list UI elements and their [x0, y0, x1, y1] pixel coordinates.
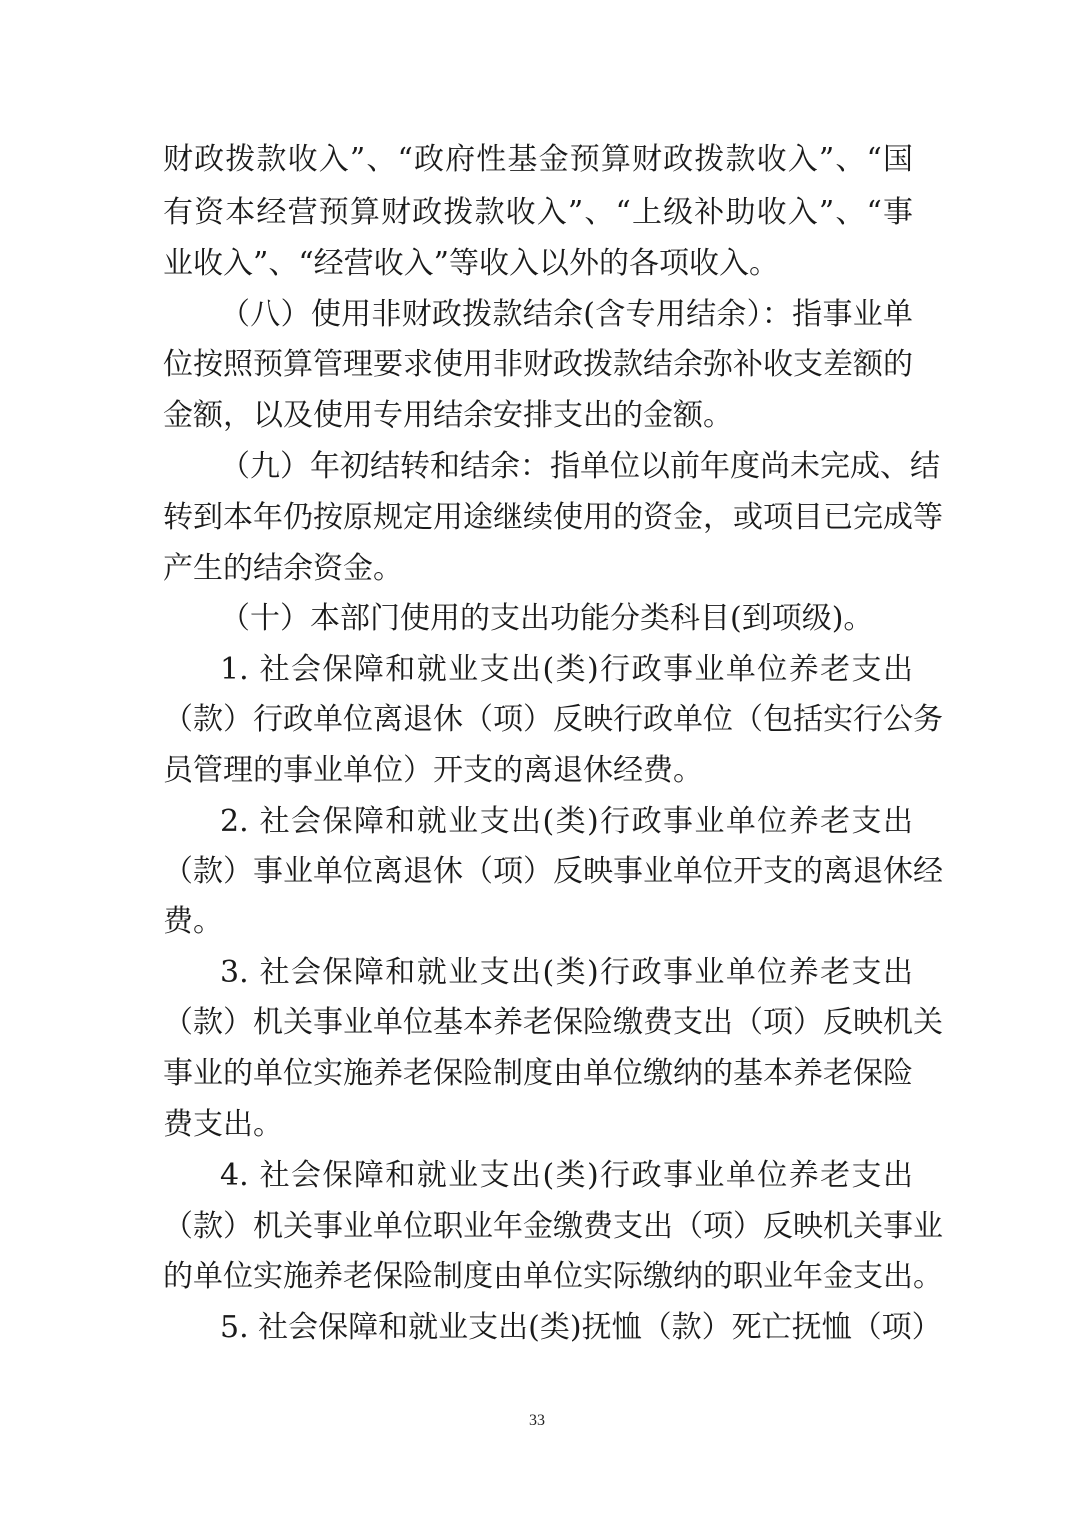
list-item-2: 2. 社会保障和就业支出(类)行政事业单位养老支出: [220, 802, 913, 842]
text-line: 有资本经营预算财政拨款收入”、“上级补助收入”、“事: [163, 193, 913, 233]
text-line: （款）事业单位离退休（项）反映事业单位开支的离退休经: [163, 852, 913, 892]
list-item-3: 3. 社会保障和就业支出(类)行政事业单位养老支出: [220, 953, 913, 993]
text-line: 金额，以及使用专用结余安排支出的金额。: [163, 396, 913, 436]
section-heading-9: （九）年初结转和结余：指单位以前年度尚未完成、结: [220, 447, 913, 487]
text-line: 费。: [163, 902, 913, 942]
page-number: 33: [0, 1412, 1074, 1430]
text-line: （款）机关事业单位职业年金缴费支出（项）反映机关事业: [163, 1207, 913, 1247]
list-item-4: 4. 社会保障和就业支出(类)行政事业单位养老支出: [220, 1156, 913, 1196]
text-line: 转到本年仍按原规定用途继续使用的资金，或项目已完成等: [163, 498, 913, 538]
text-line: 事业的单位实施养老保险制度由单位缴纳的基本养老保险: [163, 1054, 913, 1094]
text-line: 财政拨款收入”、“政府性基金预算财政拨款收入”、“国: [163, 140, 913, 180]
text-line: 业收入”、“经营收入”等收入以外的各项收入。: [163, 244, 913, 284]
list-item-1: 1. 社会保障和就业支出(类)行政事业单位养老支出: [220, 650, 913, 690]
document-page: 财政拨款收入”、“政府性基金预算财政拨款收入”、“国 有资本经营预算财政拨款收入…: [0, 0, 1074, 1520]
text-line: 员管理的事业单位）开支的离退休经费。: [163, 751, 913, 791]
section-heading-8: （八）使用非财政拨款结余(含专用结余）：指事业单: [220, 295, 913, 335]
text-line: （款）行政单位离退休（项）反映行政单位（包括实行公务: [163, 700, 913, 740]
section-heading-10: （十）本部门使用的支出功能分类科目(到项级)。: [220, 599, 913, 639]
text-line: 的单位实施养老保险制度由单位实际缴纳的职业年金支出。: [163, 1257, 913, 1297]
text-line: 位按照预算管理要求使用非财政拨款结余弥补收支差额的: [163, 345, 913, 385]
text-line: （款）机关事业单位基本养老保险缴费支出（项）反映机关: [163, 1003, 913, 1043]
text-line: 产生的结余资金。: [163, 549, 913, 589]
text-line: 费支出。: [163, 1105, 913, 1145]
list-item-5: 5. 社会保障和就业支出(类)抚恤（款）死亡抚恤（项）: [220, 1308, 913, 1348]
